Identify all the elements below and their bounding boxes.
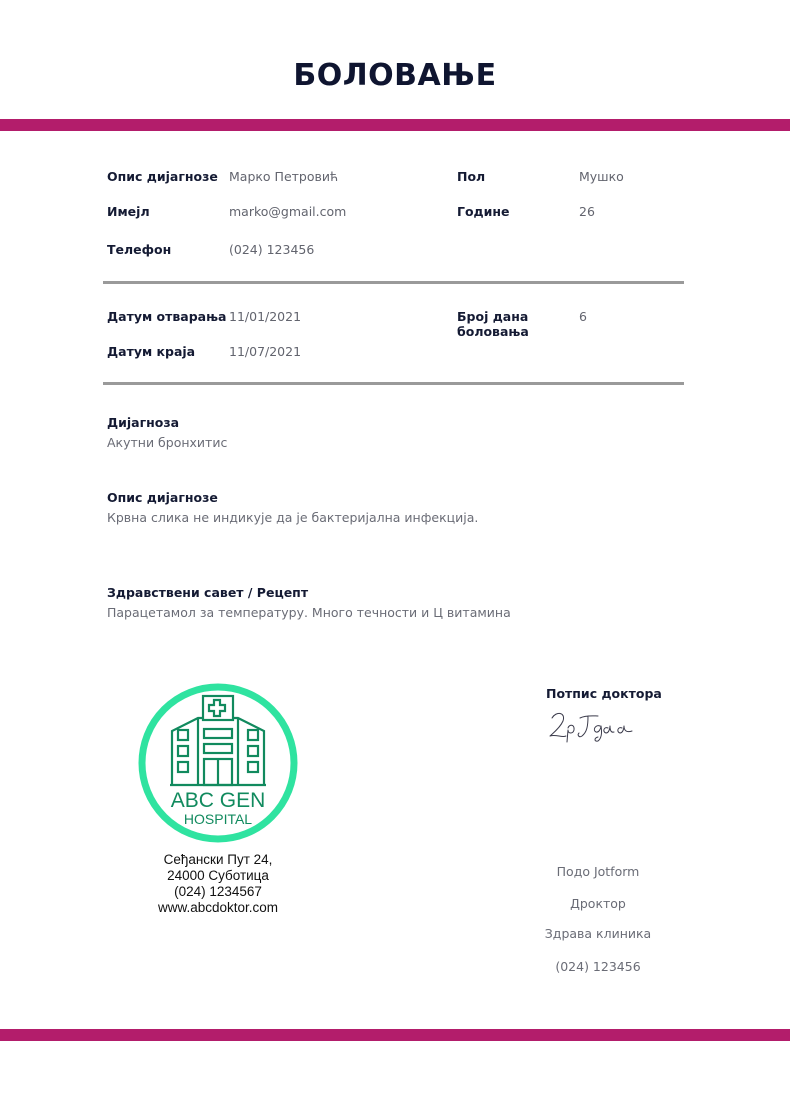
phone-value: (024) 123456 <box>229 242 314 257</box>
phone-label: Телефон <box>107 242 171 257</box>
gender-value: Мушко <box>579 169 624 184</box>
age-label: Године <box>457 204 510 219</box>
age-value: 26 <box>579 204 595 219</box>
address-website: www.abcdoktor.com <box>128 900 308 916</box>
diagnosis-description-label: Опис дијагнозе <box>107 490 218 505</box>
start-date-value: 11/01/2021 <box>229 309 301 324</box>
sick-days-label-line1: Број дана <box>457 309 529 324</box>
health-advice-value: Парацетамол за температуру. Много течнос… <box>107 605 511 620</box>
email-value: marko@gmail.com <box>229 204 346 219</box>
gender-label: Пол <box>457 169 485 184</box>
hospital-logo: ABC GEN HOSPITAL <box>136 681 300 845</box>
address-phone: (024) 1234567 <box>128 884 308 900</box>
address-street: Сеђански Пут 24, <box>128 852 308 868</box>
hospital-address: Сеђански Пут 24, 24000 Суботица (024) 12… <box>128 852 308 916</box>
end-date-value: 11/07/2021 <box>229 344 301 359</box>
doctor-phone: (024) 123456 <box>510 959 686 974</box>
divider <box>103 281 684 284</box>
document-title: БОЛОВАЊЕ <box>0 58 790 93</box>
address-city: 24000 Суботица <box>128 868 308 884</box>
svg-text:HOSPITAL: HOSPITAL <box>184 811 252 827</box>
sick-days-label-line2: боловања <box>457 324 529 339</box>
start-date-label: Датум отварања <box>107 309 226 324</box>
doctor-title: Дроктор <box>510 896 686 911</box>
signature-icon <box>546 708 642 744</box>
email-label: Имејл <box>107 204 150 219</box>
diagnosis-description-value: Крвна слика не индикује да је бактеријал… <box>107 510 478 525</box>
bottom-accent-bar <box>0 1029 790 1041</box>
svg-text:ABC GEN: ABC GEN <box>171 789 266 812</box>
hospital-building-icon: ABC GEN HOSPITAL <box>136 681 300 845</box>
health-advice-label: Здравствени савет / Рецепт <box>107 585 308 600</box>
doctor-signature-label: Потпис доктора <box>546 686 662 701</box>
patient-name-label: Опис дијагнозе <box>107 169 218 184</box>
divider <box>103 382 684 385</box>
sick-days-label: Број дана боловања <box>457 309 529 339</box>
top-accent-bar <box>0 119 790 131</box>
doctor-name: Подо Jotform <box>510 864 686 879</box>
sick-days-value: 6 <box>579 309 587 324</box>
doctor-clinic: Здрава клиника <box>510 926 686 941</box>
end-date-label: Датум краја <box>107 344 195 359</box>
patient-name-value: Марко Петровић <box>229 169 338 184</box>
diagnosis-value: Акутни бронхитис <box>107 435 227 450</box>
diagnosis-label: Дијагноза <box>107 415 179 430</box>
